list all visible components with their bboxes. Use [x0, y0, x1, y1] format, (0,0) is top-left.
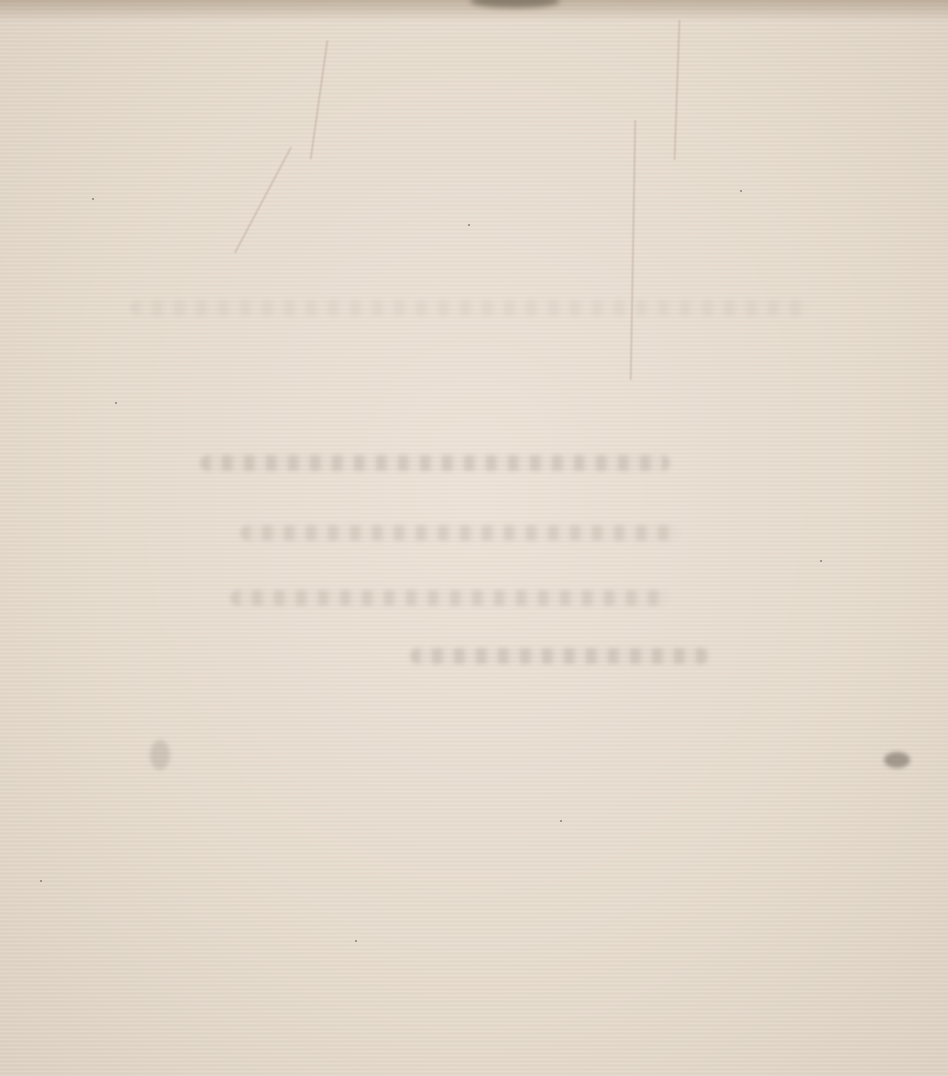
crease-line [630, 120, 637, 380]
fleck [560, 820, 562, 822]
show-through-mark [130, 300, 810, 316]
show-through-mark [240, 525, 680, 541]
fleck [740, 190, 742, 192]
fleck [115, 402, 117, 404]
show-through-mark [200, 455, 670, 471]
crease-line [674, 20, 681, 160]
fleck [355, 940, 357, 942]
stain-spot [150, 740, 170, 770]
fleck [92, 198, 94, 200]
fleck [468, 224, 470, 226]
stain-spot [884, 752, 910, 768]
paper-scan: Scan of aged, textured cream paper with … [0, 0, 948, 1076]
crease-line [310, 40, 329, 159]
fleck [40, 880, 42, 882]
crease-line [234, 147, 292, 254]
show-through-mark [230, 590, 670, 606]
fleck [820, 560, 822, 562]
show-through-mark [410, 648, 710, 664]
